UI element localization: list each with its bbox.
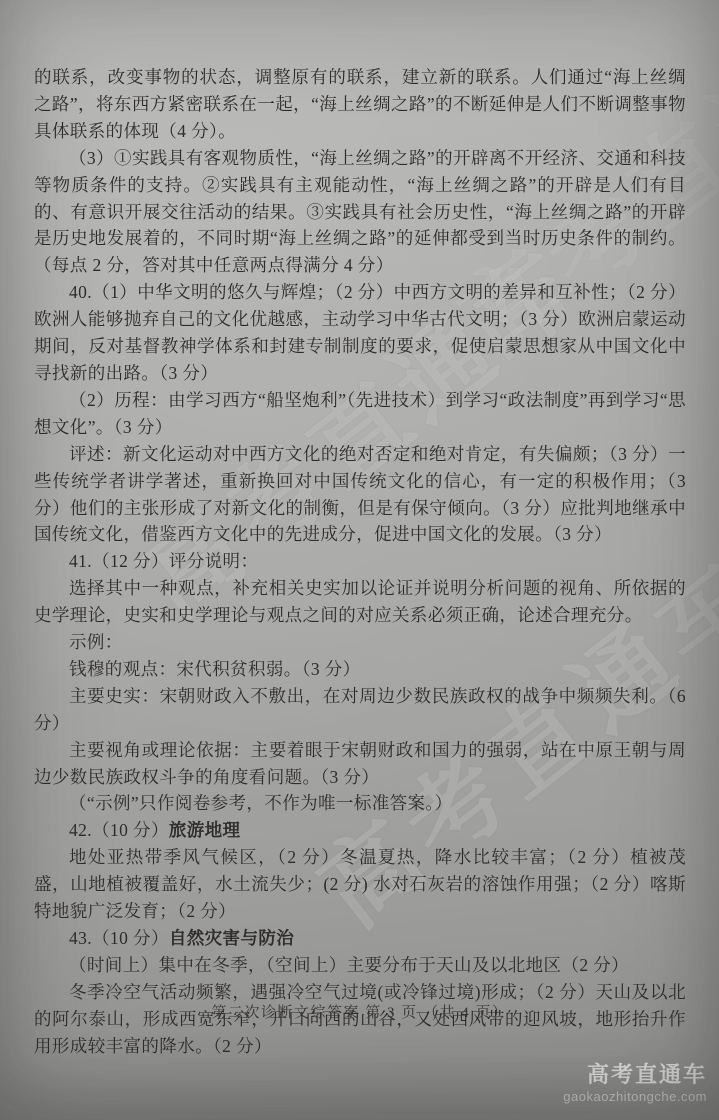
paragraph: 示例： — [34, 629, 686, 656]
text-run: 主要视角或理论依据：主要着眼于宋朝财政和国力的强弱，站在中原王朝与周边少数民族政… — [34, 740, 686, 787]
text-run: 评述：新文化运动对中西方文化的绝对否定和绝对肯定，有失偏颇；（3 分）一些传统学… — [34, 444, 686, 545]
text-run: 主要史实：宋朝财政入不敷出，在对周边少数民族政权的战争中频频失利。（6 分） — [34, 686, 686, 733]
paragraph: （“示例”只作阅卷参考，不作为唯一标准答案。） — [34, 790, 686, 817]
paragraph: （2）历程：由学习西方“船坚炮利”（先进技术）到学习“政法制度”再到学习“思想文… — [34, 387, 686, 441]
text-run: 43.（10 分） — [69, 928, 169, 948]
text-run: 钱穆的观点：宋代积贫积弱。（3 分） — [69, 659, 361, 679]
exam-answer-sheet-photo: 高考直通车 高考直通车 高考直通车 的联系，改变事物的状态，调整原有的联系，建立… — [0, 0, 719, 1120]
paragraph: 43.（10 分）自然灾害与防治 — [34, 925, 686, 952]
text-run: 的联系，改变事物的状态，调整原有的联系，建立新的联系。人们通过“海上丝绸之路”，… — [34, 67, 686, 141]
paragraph: 的联系，改变事物的状态，调整原有的联系，建立新的联系。人们通过“海上丝绸之路”，… — [34, 64, 686, 145]
text-run: 41.（12 分）评分说明： — [69, 551, 258, 571]
paragraph: 主要视角或理论依据：主要着眼于宋朝财政和国力的强弱，站在中原王朝与周边少数民族政… — [34, 737, 686, 791]
paragraph: 主要史实：宋朝财政入不敷出，在对周边少数民族政权的战争中频频失利。（6 分） — [34, 683, 686, 737]
text-run: 示例： — [69, 632, 123, 652]
brand-name: 高考直通车 — [563, 1058, 707, 1089]
answer-text: 的联系，改变事物的状态，调整原有的联系，建立新的联系。人们通过“海上丝绸之路”，… — [34, 64, 686, 1060]
paragraph: 钱穆的观点：宋代积贫积弱。（3 分） — [34, 656, 686, 683]
text-run: （时间上）集中在冬季，（空间上）主要分布于天山及以北地区（2 分） — [69, 955, 629, 975]
paragraph: 评述：新文化运动对中西方文化的绝对否定和绝对肯定，有失偏颇；（3 分）一些传统学… — [34, 441, 686, 549]
text-run: 选择其中一种观点，补充相关史实加以论证并说明分析问题的视角、所依据的史学理论，史… — [34, 578, 686, 625]
brand-watermark: 高考直通车 gaokaozhitongche.com — [563, 1058, 707, 1104]
text-run: 地处亚热带季风气候区，（2 分）冬温夏热，降水比较丰富；（2 分）植被茂盛，山地… — [34, 847, 686, 921]
paragraph: 42.（10 分）旅游地理 — [34, 817, 686, 844]
paragraph: 选择其中一种观点，补充相关史实加以论证并说明分析问题的视角、所依据的史学理论，史… — [34, 575, 686, 629]
text-run: （“示例”只作阅卷参考，不作为唯一标准答案。） — [69, 793, 452, 813]
text-run: （3）①实践具有客观物质性，“海上丝绸之路”的开辟离不开经济、交通和科技等物质条… — [34, 148, 686, 276]
paragraph: （3）①实践具有客观物质性，“海上丝绸之路”的开辟离不开经济、交通和科技等物质条… — [34, 145, 686, 280]
brand-site-url: gaokaozhitongche.com — [563, 1089, 707, 1104]
paragraph: 41.（12 分）评分说明： — [34, 548, 686, 575]
paragraph: 地处亚热带季风气候区，（2 分）冬温夏热，降水比较丰富；（2 分）植被茂盛，山地… — [34, 844, 686, 925]
bold-heading-run: 自然灾害与防治 — [169, 928, 294, 948]
bold-heading-run: 旅游地理 — [169, 820, 241, 840]
text-run: （2）历程：由学习西方“船坚炮利”（先进技术）到学习“政法制度”再到学习“思想文… — [34, 390, 686, 437]
text-run: 40.（1）中华文明的悠久与辉煌；（2 分）中西方文明的差异和互补性；（2 分）… — [34, 282, 686, 383]
text-run: 42.（10 分） — [69, 820, 169, 840]
paragraph: 40.（1）中华文明的悠久与辉煌；（2 分）中西方文明的差异和互补性；（2 分）… — [34, 279, 686, 387]
page-footer: 第二次诊断文综答案 第 3 页 （共 4 页） — [34, 1001, 686, 1022]
paragraph: （时间上）集中在冬季，（空间上）主要分布于天山及以北地区（2 分） — [34, 952, 686, 979]
